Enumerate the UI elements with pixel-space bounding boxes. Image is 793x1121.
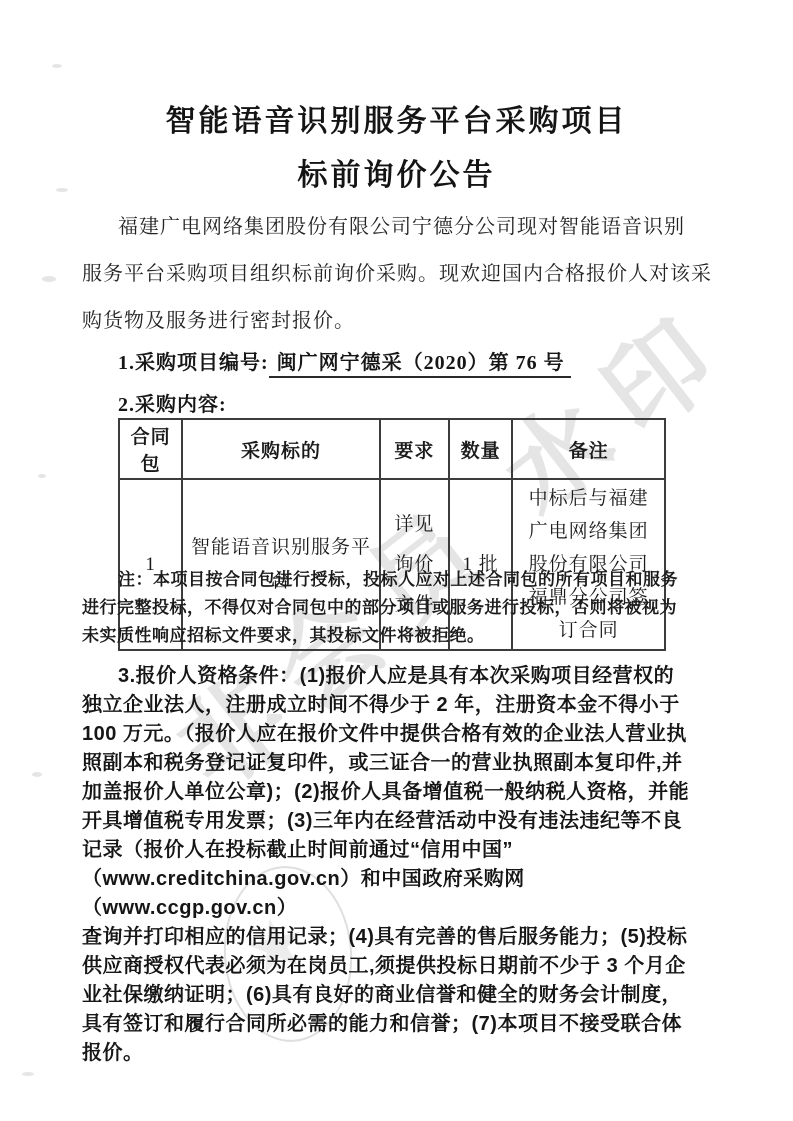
header-quantity: 数量: [449, 419, 512, 479]
intro-line: 购货物及服务进行密封报价。: [82, 298, 714, 345]
qualifications-line: 报价。: [82, 1039, 718, 1068]
header-package: 合同包: [119, 419, 182, 479]
note-paragraph: 注：本项目按合同包进行授标，投标人应对上述合同包的所有项目和服务 进行完整投标，…: [82, 566, 718, 650]
scan-smudge: [52, 64, 62, 68]
project-number-label: 1.采购项目编号:: [118, 352, 269, 374]
qualifications-line: 加盖报价人单位公章)；(2)报价人具备增值税一般纳税人资格，并能: [82, 778, 718, 807]
header-subject: 采购标的: [182, 419, 380, 479]
scan-smudge: [42, 276, 56, 282]
qualifications-line: 3.报价人资格条件：(1)报价人应是具有本次采购项目经营权的: [82, 662, 718, 691]
note-line: 进行完整投标，不得仅对合同包中的部分项目或服务进行投标，否则将被视为: [82, 594, 718, 622]
qualifications-line: 记录（报价人在投标截止时间前通过“信用中国”: [82, 836, 718, 865]
intro-paragraph: 福建广电网络集团股份有限公司宁德分公司现对智能语音识别 服务平台采购项目组织标前…: [82, 204, 714, 345]
procurement-content-label: 2.采购内容:: [118, 388, 227, 417]
qualifications-line: 100 万元。（报价人应在报价文件中提供合格有效的企业法人营业执: [82, 720, 718, 749]
scan-smudge: [22, 1072, 34, 1076]
qualifications-line: 供应商授权代表必须为在岗员工,须提供投标日期前不少于 3 个月企: [82, 952, 718, 981]
header-requirement: 要求: [380, 419, 449, 479]
table-header-row: 合同包 采购标的 要求 数量 备注: [119, 419, 665, 479]
intro-line: 福建广电网络集团股份有限公司宁德分公司现对智能语音识别: [82, 204, 714, 251]
qualifications-line: 独立企业法人，注册成立时间不得少于 2 年，注册资本金不得小于: [82, 691, 718, 720]
scan-smudge: [32, 772, 42, 777]
qualifications-line: 查询并打印相应的信用记录；(4)具有完善的售后服务能力；(5)投标: [82, 923, 718, 952]
qualifications-line: 照副本和税务登记证复印件，或三证合一的营业执照副本复印件,并: [82, 749, 718, 778]
qualifications-paragraph: 3.报价人资格条件：(1)报价人应是具有本次采购项目经营权的 独立企业法人，注册…: [82, 662, 718, 1068]
page-title-line1: 智能语音识别服务平台采购项目: [0, 96, 793, 140]
project-number-value: 闽广网宁德采（2020）第 76 号: [269, 352, 571, 378]
qualifications-line: 业社保缴纳证明；(6)具有良好的商业信誉和健全的财务会计制度，: [82, 981, 718, 1010]
document-page: 非 会 员 水 印 ★ 智能语音识别服务平台采购项目 标前询价公告 福建广电网络…: [0, 0, 793, 1121]
qualifications-line: 具有签订和履行合同所必需的能力和信誉；(7)本项目不接受联合体: [82, 1010, 718, 1039]
qualifications-line: （www.creditchina.gov.cn）和中国政府采购网（www.ccg…: [82, 865, 718, 923]
note-line: 未实质性响应招标文件要求，其投标文件将被拒绝。: [82, 622, 718, 650]
header-remark: 备注: [512, 419, 665, 479]
scan-smudge: [38, 474, 46, 478]
page-title-line2: 标前询价公告: [0, 150, 793, 194]
qualifications-line: 开具增值税专用发票；(3)三年内在经营活动中没有违法违纪等不良: [82, 807, 718, 836]
intro-line: 服务平台采购项目组织标前询价采购。现欢迎国内合格报价人对该采: [82, 251, 714, 298]
project-number-line: 1.采购项目编号:闽广网宁德采（2020）第 76 号: [118, 346, 571, 375]
note-line: 注：本项目按合同包进行授标，投标人应对上述合同包的所有项目和服务: [82, 566, 718, 594]
